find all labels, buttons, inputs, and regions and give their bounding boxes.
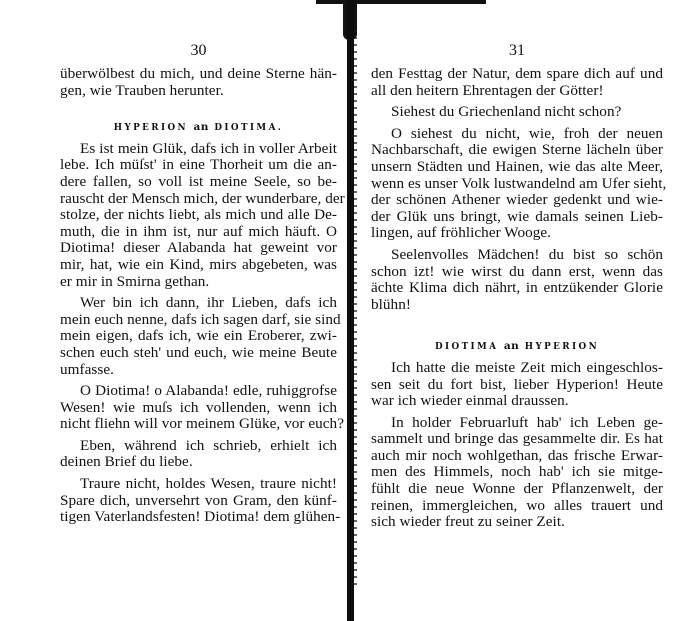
paragraph: Es ist mein Glük, dafs ich in voller Arb… bbox=[60, 141, 337, 290]
paragraph: Seelenvolles Mädchen! du bist so schön s… bbox=[371, 247, 663, 313]
text-line: schon izt! wie wirst du dann erst, wenn … bbox=[371, 264, 663, 281]
text-line: Seelenvolles Mädchen! du bist so schön bbox=[371, 247, 663, 264]
text-line: In holder Februarluft hab' ich Leben ge- bbox=[371, 415, 663, 432]
text-line: schen euch steh' und euch, wie meine Beu… bbox=[60, 345, 337, 362]
text-line: Es ist mein Glük, dafs ich in voller Arb… bbox=[60, 141, 337, 158]
text-line: Ich hatte die meiste Zeit mich eingeschl… bbox=[371, 360, 663, 377]
heading-to: DIOTIMA. bbox=[214, 123, 283, 133]
text-line: ächte Klima dich nährt, in entzükender G… bbox=[371, 280, 663, 297]
text-line: Nachbarschaft, die ewigen Sterne lächeln… bbox=[371, 142, 663, 159]
text-line: O Diotima! o Alabanda! edle, ruhiggrofse bbox=[60, 383, 337, 400]
heading-an: an bbox=[193, 121, 208, 133]
text-line: überwölbest du mich, und deine Sterne hä… bbox=[60, 66, 337, 83]
text-line: gen, wie Trauben herunter. bbox=[60, 83, 337, 100]
text-line: mein euch nenne, dafs ich sagen darf, si… bbox=[60, 312, 337, 329]
left-page: 30 überwölbest du mich, und deine Sterne… bbox=[60, 0, 337, 621]
text-line: sich wieder freut zu seiner Zeit. bbox=[371, 514, 663, 531]
book-spread: 30 überwölbest du mich, und deine Sterne… bbox=[0, 0, 698, 621]
text-line: er mir in Smirna gethan. bbox=[60, 274, 337, 291]
text-line: all den heitern Ehrentagen der Götter! bbox=[371, 83, 663, 100]
text-line: O siehest du nicht, wie, froh der neuen bbox=[371, 126, 663, 143]
text-line: fühlt die neue Wonne der Pflanzenwelt, d… bbox=[371, 481, 663, 498]
text-line: dere fallen, so voll ist meine Seele, so… bbox=[60, 174, 337, 191]
text-line: lebe. Ich müſst' in eine Thorheit um die… bbox=[60, 157, 337, 174]
text-line: Wer bin ich dann, ihr Lieben, dafs ich bbox=[60, 295, 337, 312]
text-line: mir, hat, wie ein Kind, mirs abgebeten, … bbox=[60, 257, 337, 274]
text-line: umfasse. bbox=[60, 362, 337, 379]
heading-from: HYPERION bbox=[114, 123, 188, 133]
text-line: nicht fliehn will vor meinem Glüke, vor … bbox=[60, 416, 337, 433]
text-line: wenn es unser Volk lustwandelnd am Ufer … bbox=[371, 176, 663, 193]
text-line: mein eigen, dafs ich, wie ein Eroberer, … bbox=[60, 328, 337, 345]
gutter-edge bbox=[354, 30, 357, 590]
text-line: Wesen! wie muſs ich vollenden, wenn ich bbox=[60, 400, 337, 417]
paragraph: O Diotima! o Alabanda! edle, ruhiggrofse… bbox=[60, 383, 337, 433]
text-line: Eben, während ich schrieb, erhielt ich bbox=[60, 438, 337, 455]
paragraph: Ich hatte die meiste Zeit mich eingeschl… bbox=[371, 360, 663, 410]
paragraph: Siehest du Griechenland nicht schon? bbox=[371, 104, 663, 121]
text-line: unsern Städten und Hainen, wie das alte … bbox=[371, 159, 663, 176]
text-line: sammelt und bringe das gesammelte dir. E… bbox=[371, 431, 663, 448]
page-number: 30 bbox=[60, 42, 337, 60]
paragraph: Traure nicht, holdes Wesen, traure nicht… bbox=[60, 476, 337, 526]
page-body: den Festtag der Natur, dem spare dich au… bbox=[371, 66, 663, 531]
text-line: muth, die in ihm ist, nur auf mich häuft… bbox=[60, 224, 337, 241]
text-line: men des Himmels, noch hab' ich sie mitge… bbox=[371, 464, 663, 481]
text-line: lingen, auf fröhlicher Wooge. bbox=[371, 225, 663, 242]
heading-an: an bbox=[504, 340, 519, 352]
text-line: Diotima! dieser Alabanda hat geweint vor bbox=[60, 240, 337, 257]
text-line: reinen, immergleichen, wo alles trauert … bbox=[371, 498, 663, 515]
text-line: Spare dich, unversehrt von Gram, den kün… bbox=[60, 493, 337, 510]
text-line: stolze, der nichts liebt, als mich und a… bbox=[60, 207, 337, 224]
text-line: der schönen Athener wieder gedenkt und w… bbox=[371, 192, 663, 209]
text-line: den Festtag der Natur, dem spare dich au… bbox=[371, 66, 663, 83]
letter-heading: HYPERION an DIOTIMA. bbox=[60, 119, 337, 136]
paragraph: O siehest du nicht, wie, froh der neuen … bbox=[371, 126, 663, 242]
text-line: Traure nicht, holdes Wesen, traure nicht… bbox=[60, 476, 337, 493]
text-line: deinen Brief du liebe. bbox=[60, 454, 337, 471]
book-spine bbox=[347, 0, 354, 621]
text-line: der Glük uns bringt, wie damals seinen L… bbox=[371, 209, 663, 226]
text-line: sen seit du fort bist, lieber Hyperion! … bbox=[371, 377, 663, 394]
paragraph: Wer bin ich dann, ihr Lieben, dafs ich m… bbox=[60, 295, 337, 378]
right-page: 31 den Festtag der Natur, dem spare dich… bbox=[371, 0, 663, 621]
paragraph: Eben, während ich schrieb, erhielt ich d… bbox=[60, 438, 337, 471]
page-body: überwölbest du mich, und deine Sterne hä… bbox=[60, 66, 337, 526]
text-line: blühn! bbox=[371, 297, 663, 314]
paragraph: In holder Februarluft hab' ich Leben ge-… bbox=[371, 415, 663, 531]
text-line: auch mir noch wohlgethan, das frische Er… bbox=[371, 448, 663, 465]
letter-heading: DIOTIMA an HYPERION bbox=[371, 338, 663, 355]
heading-from: DIOTIMA bbox=[435, 342, 498, 352]
text-line: tigen Vaterlandsfesten! Diotima! dem glü… bbox=[60, 509, 337, 526]
text-line: rauscht der Mensch mich, der wunderbare,… bbox=[60, 191, 337, 208]
text-line: war ich wieder einmal draussen. bbox=[371, 393, 663, 410]
heading-to: HYPERION bbox=[525, 342, 599, 352]
page-number: 31 bbox=[371, 42, 663, 60]
text-line: Siehest du Griechenland nicht schon? bbox=[371, 104, 663, 121]
